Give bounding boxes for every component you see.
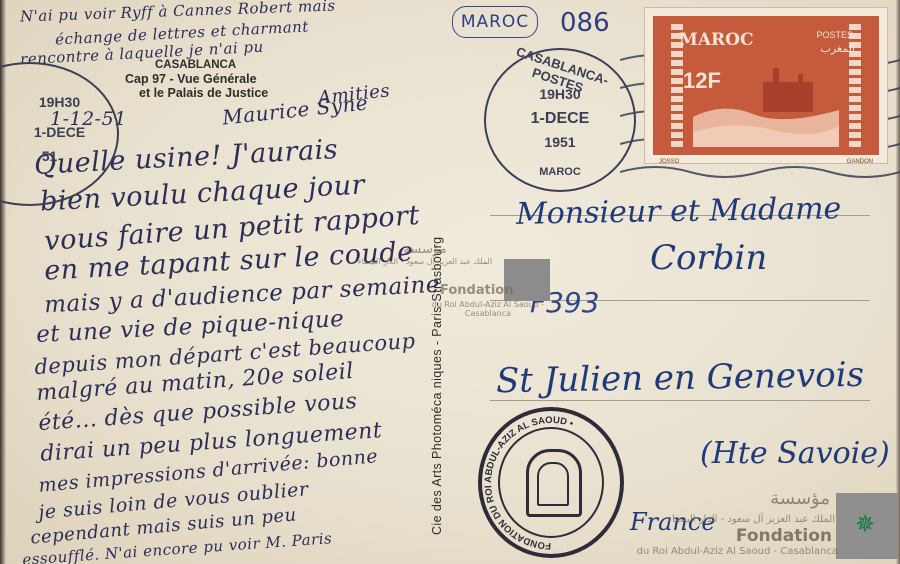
- postmark-year: 51: [0, 148, 117, 164]
- postmark-date: 1-DECE: [486, 110, 634, 128]
- watermark-arabic-title: مؤسسة: [620, 488, 830, 509]
- postmark-time: 19H30: [0, 94, 117, 110]
- stamp-arabic: المغرب: [821, 42, 856, 55]
- watermark-sub: du Roi Abdul-Aziz Al Saoud - Casablanca: [628, 546, 838, 557]
- svg-text:FONDATION DU ROI ABDUL-AZIZ AL: FONDATION DU ROI ABDUL-AZIZ AL SAOUD •: [483, 415, 575, 551]
- reference-number: 086: [560, 8, 610, 38]
- watermark-title: Fondation: [712, 526, 832, 546]
- watermark-arabic-sub: الملك عبد العزيز آل سعود - الدار البيضاء: [330, 257, 520, 266]
- foundation-seal: FONDATION DU ROI ABDUL-AZIZ AL SAOUD •: [478, 407, 624, 558]
- watermark-center: مؤسسة الملك عبد العزيز آل سعود - الدار ا…: [330, 242, 520, 266]
- stamp-designer: JOSSO: [659, 159, 679, 165]
- address-line-3: St Julien en Genevois: [496, 355, 865, 401]
- address-line-1: Monsieur et Madame: [516, 191, 842, 232]
- seal-ring-text: FONDATION DU ROI ABDUL-AZIZ AL SAOUD •: [482, 411, 620, 554]
- postmark-time: 19H30: [486, 86, 634, 102]
- printed-caption: CASABLANCA Cap 97 - Vue Générale et le P…: [125, 58, 268, 100]
- address-line-2: Corbin: [650, 238, 767, 278]
- postmark-right: CASABLANCA-POSTES 19H30 1-DECE 1951 MARO…: [484, 48, 636, 192]
- stamp-label: POSTES: [816, 30, 853, 40]
- watermark-arabic-title: مؤسسة: [330, 242, 520, 257]
- caption-line-2: et le Palais de Justice: [139, 86, 268, 100]
- stamp-engraver: GANDON: [847, 159, 873, 165]
- address-line-4: (Hte Savoie): [700, 436, 890, 471]
- watermark-arabic-sub: الملك عبد العزيز آل سعود - الدار البيضاء: [620, 514, 835, 525]
- postmark-country: MAROC: [486, 166, 634, 178]
- postcard-back: MAROC 086 CASABLANCA Cap 97 - Vue Généra…: [0, 0, 900, 564]
- watermark-center-title: Fondation: [440, 283, 570, 298]
- postmark-year: 1951: [486, 134, 634, 150]
- stamp-design: MAROC POSTES المغرب 12F: [653, 16, 879, 155]
- postage-stamp: MAROC POSTES المغرب 12F JOSSO GANDON: [645, 8, 887, 163]
- postmark-date: 1-DECE: [0, 124, 117, 140]
- caption-line-1: Cap 97 - Vue Générale: [125, 72, 268, 86]
- stamp-value: 12F: [683, 68, 721, 94]
- watermark-br: مؤسسة: [620, 488, 830, 509]
- watermark-center-sub: du Roi Abdul-Aziz Al Saoud - Casablanca: [408, 300, 568, 318]
- archive-tag: MAROC: [452, 6, 538, 38]
- stamp-country: MAROC: [679, 30, 753, 50]
- watermark-star-icon: ✵: [855, 512, 875, 536]
